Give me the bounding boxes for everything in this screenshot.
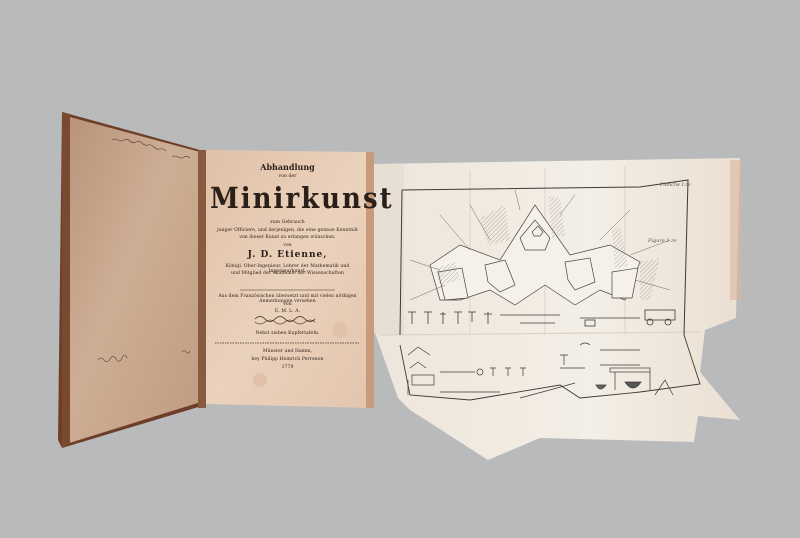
photo-scene: Abhandlung von der Minirkunst zum Gebrau… bbox=[0, 0, 800, 538]
author-name: J. D. Etienne, bbox=[210, 250, 365, 260]
imprint-place: Münster und Hamm, bbox=[210, 349, 365, 354]
title-line-abhandlung: Abhandlung bbox=[210, 162, 365, 172]
folding-plate bbox=[374, 158, 742, 460]
imprint-publisher: bey Philipp Heinrich Perrenon bbox=[210, 357, 365, 362]
plate-number: Planche I.re bbox=[660, 182, 691, 188]
author-credentials-2: und Mitglied der Akademie der Wissenscha… bbox=[210, 271, 365, 276]
figure-label: Figure 1.re bbox=[648, 238, 677, 244]
title-line-von-2: von bbox=[210, 302, 365, 307]
title-line-von: von bbox=[210, 243, 365, 248]
book-title: Minirkunst bbox=[210, 183, 365, 216]
title-line-gebrauch: zum Gebrauch bbox=[210, 220, 365, 225]
plates-note: Nebst sieben Kupfertafeln. bbox=[210, 331, 365, 336]
translator-initials: E. M. L. A. bbox=[210, 309, 365, 314]
title-line-officiere: junger Officiere, und derjenigen, die ei… bbox=[210, 228, 365, 233]
title-line-kunst: von dieser Kunst zu erlangen wünschen. bbox=[210, 235, 365, 240]
front-cover-board bbox=[58, 112, 206, 448]
imprint-year: 1779 bbox=[210, 365, 365, 370]
book-photo-svg bbox=[0, 0, 800, 538]
title-line-von-der: von der bbox=[210, 174, 365, 179]
